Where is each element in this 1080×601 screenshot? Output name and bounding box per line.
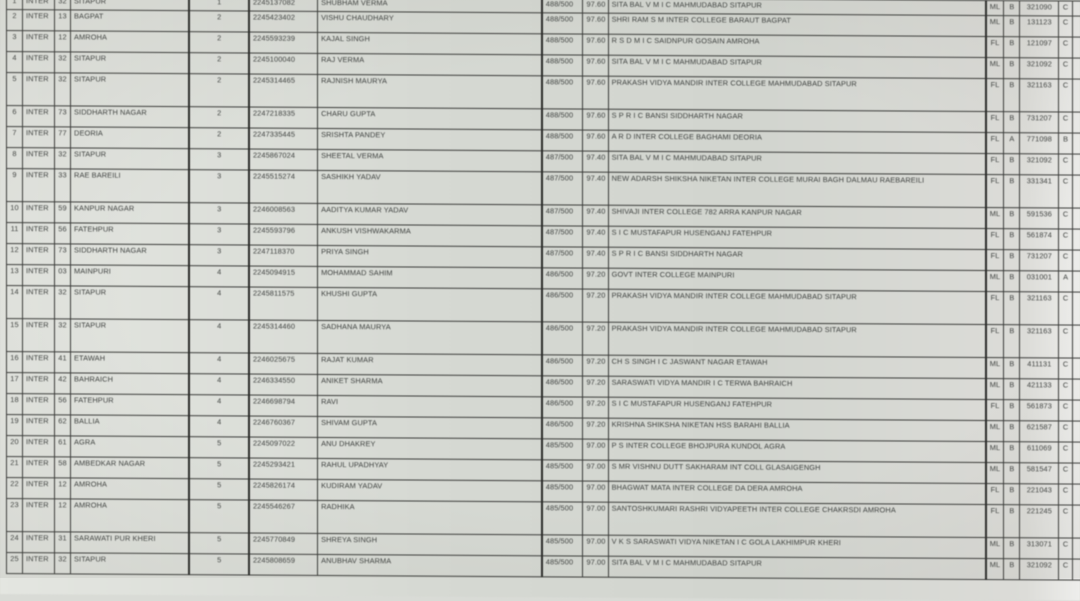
rank-cell: 4 bbox=[189, 287, 248, 320]
district-name: BALLIA bbox=[71, 415, 190, 437]
class-cell: INTER bbox=[23, 478, 55, 499]
grade-cell: C bbox=[1059, 292, 1073, 325]
school-code: 321163 bbox=[1020, 292, 1059, 325]
rank-cell: 4 bbox=[189, 353, 248, 374]
school-code: 621587 bbox=[1020, 421, 1059, 442]
class-cell: INTER bbox=[23, 148, 55, 169]
roll-number: 2246025675 bbox=[249, 353, 318, 374]
student-name: KAJAL SINGH bbox=[318, 32, 542, 54]
extra-cell bbox=[1072, 79, 1080, 112]
school-code: 321092 bbox=[1020, 559, 1059, 578]
grade-cell: C bbox=[1059, 58, 1073, 79]
school-name: S I C MUSTAFAPUR HUSENGANJ FATEHPUR bbox=[608, 226, 985, 249]
rank-cell: 3 bbox=[189, 203, 248, 224]
district-name: AGRA bbox=[71, 436, 190, 458]
roll-number: 2245314465 bbox=[249, 74, 318, 107]
student-name: ANU DHAKREY bbox=[318, 437, 542, 459]
district-name: SITAPUR bbox=[71, 286, 190, 320]
school-code: 313071 bbox=[1020, 538, 1059, 559]
grade-cell: C bbox=[1059, 112, 1073, 133]
district-code: 73 bbox=[55, 106, 71, 127]
extra-cell bbox=[1072, 58, 1080, 79]
student-name: SASHIKH YADAV bbox=[318, 170, 542, 204]
school-name: SITA BAL V M I C MAHMUDABAD SITAPUR bbox=[608, 55, 985, 78]
section-cell: B bbox=[1004, 325, 1020, 358]
marks-cell: 488/500 bbox=[542, 76, 583, 109]
extra-cell bbox=[1072, 175, 1080, 208]
roll-number: 2245314460 bbox=[249, 320, 318, 353]
extra-cell bbox=[1072, 16, 1080, 37]
serial-number: 20 bbox=[7, 436, 23, 457]
marks-cell: 485/500 bbox=[542, 535, 583, 556]
marks-cell: 485/500 bbox=[542, 460, 583, 481]
section-cell: B bbox=[1004, 559, 1020, 578]
rank-cell: 4 bbox=[189, 395, 248, 416]
district-code: 58 bbox=[55, 457, 71, 478]
roll-number: 2245094915 bbox=[249, 266, 318, 287]
extra-cell bbox=[1072, 400, 1080, 421]
student-name: MOHAMMAD SAHIM bbox=[318, 266, 542, 288]
percentage-cell: 97.60 bbox=[583, 0, 608, 13]
marks-cell: 487/500 bbox=[542, 151, 583, 172]
extra-cell bbox=[1072, 208, 1080, 229]
roll-number: 2246698794 bbox=[249, 395, 318, 416]
percentage-cell: 97.40 bbox=[583, 172, 608, 205]
class-cell: INTER bbox=[23, 457, 55, 478]
school-name: SITA BAL V M I C MAHMUDABAD SITAPUR bbox=[608, 151, 985, 174]
roll-number: 2245593796 bbox=[249, 224, 318, 245]
roll-number: 2246334550 bbox=[249, 374, 318, 395]
school-name: S I C MUSTAFAPUR HUSENGANJ FATEHPUR bbox=[608, 397, 985, 420]
marks-cell: 488/500 bbox=[542, 34, 583, 55]
gender-cell: ML bbox=[986, 463, 1004, 484]
percentage-cell: 97.40 bbox=[583, 247, 608, 268]
percentage-cell: 97.00 bbox=[583, 535, 608, 556]
school-name: SARASWATI VIDYA MANDIR I C TERWA BAHRAIC… bbox=[608, 376, 985, 399]
section-cell: B bbox=[1004, 484, 1020, 505]
grade-cell: C bbox=[1059, 208, 1073, 229]
class-cell: INTER bbox=[23, 169, 55, 202]
gender-cell: FL bbox=[986, 400, 1004, 421]
district-name: SITAPUR bbox=[71, 319, 190, 353]
section-cell: B bbox=[1004, 229, 1020, 250]
district-code: 12 bbox=[55, 478, 71, 499]
student-name: PRIYA SINGH bbox=[318, 245, 542, 267]
rank-cell: 2 bbox=[189, 11, 248, 32]
marks-cell: 488/500 bbox=[542, 13, 583, 34]
class-cell: INTER bbox=[23, 244, 55, 265]
student-name: SHREYA SINGH bbox=[318, 533, 542, 555]
class-cell: INTER bbox=[23, 202, 55, 223]
rank-cell: 4 bbox=[189, 266, 248, 287]
school-code: 731207 bbox=[1020, 112, 1059, 133]
rank-cell: 5 bbox=[189, 554, 248, 575]
district-name: SITAPUR bbox=[71, 73, 190, 107]
school-name: SHIVAJI INTER COLLEGE 782 ARRA KANPUR NA… bbox=[608, 205, 985, 228]
school-code: 321092 bbox=[1020, 154, 1059, 175]
district-name: AMBEDKAR NAGAR bbox=[71, 457, 190, 479]
school-name: KRISHNA SHIKSHA NIKETAN HSS BARAHI BALLI… bbox=[608, 418, 985, 441]
grade-cell: C bbox=[1059, 559, 1073, 578]
grade-cell: C bbox=[1059, 538, 1073, 559]
gender-cell: ML bbox=[986, 271, 1004, 292]
school-code: 131123 bbox=[1020, 16, 1059, 37]
gender-cell: ML bbox=[986, 16, 1004, 37]
district-code: 62 bbox=[55, 415, 71, 436]
marks-cell: 487/500 bbox=[542, 247, 583, 268]
gender-cell: ML bbox=[986, 442, 1004, 463]
school-code: 321092 bbox=[1020, 58, 1059, 79]
school-code: 591536 bbox=[1020, 208, 1059, 229]
class-cell: INTER bbox=[23, 319, 55, 352]
grade-cell: C bbox=[1059, 325, 1073, 358]
school-code: 321090 bbox=[1020, 1, 1059, 16]
school-name: V K S SARASWATI VIDYA NIKETAN I C GOLA L… bbox=[608, 535, 985, 558]
district-name: SITAPUR bbox=[71, 52, 190, 74]
grade-cell: C bbox=[1059, 229, 1073, 250]
school-code: 561873 bbox=[1020, 400, 1059, 421]
serial-number: 15 bbox=[7, 319, 23, 352]
district-code: 56 bbox=[55, 394, 71, 415]
roll-number: 2246008563 bbox=[249, 203, 318, 224]
class-cell: INTER bbox=[23, 0, 55, 10]
gender-cell: ML bbox=[986, 208, 1004, 229]
rank-cell: 5 bbox=[189, 533, 248, 554]
school-name: R S D M I C SAIDNPUR GOSAIN AMROHA bbox=[608, 34, 985, 57]
student-name: RAJNISH MAURYA bbox=[318, 74, 542, 108]
grade-cell: C bbox=[1059, 463, 1073, 484]
section-cell: B bbox=[1004, 16, 1020, 37]
percentage-cell: 97.20 bbox=[583, 397, 608, 418]
roll-number: 2245593239 bbox=[249, 32, 318, 53]
extra-cell bbox=[1072, 154, 1080, 175]
section-cell: B bbox=[1004, 379, 1020, 400]
roll-number: 2245137082 bbox=[249, 0, 318, 11]
percentage-cell: 97.00 bbox=[583, 556, 608, 577]
class-cell: INTER bbox=[23, 532, 55, 553]
district-name: BAGPAT bbox=[71, 10, 190, 32]
serial-number: 16 bbox=[7, 352, 23, 373]
percentage-cell: 97.20 bbox=[583, 322, 608, 355]
school-name: NEW ADARSH SHIKSHA NIKETAN INTER COLLEGE… bbox=[608, 172, 985, 207]
section-cell: B bbox=[1004, 58, 1020, 79]
district-code: 32 bbox=[55, 0, 71, 10]
percentage-cell: 97.20 bbox=[583, 355, 608, 376]
serial-number: 13 bbox=[7, 265, 23, 286]
section-cell: A bbox=[1004, 133, 1020, 154]
rank-cell: 2 bbox=[189, 32, 248, 53]
class-cell: INTER bbox=[23, 73, 55, 106]
school-code: 321163 bbox=[1020, 79, 1059, 112]
serial-number: 4 bbox=[7, 52, 23, 73]
marks-cell: 485/500 bbox=[542, 439, 583, 460]
grade-cell: C bbox=[1059, 484, 1073, 505]
extra-cell bbox=[1072, 229, 1080, 250]
district-code: 42 bbox=[55, 373, 71, 394]
district-code: 32 bbox=[55, 553, 71, 574]
serial-number: 5 bbox=[7, 73, 23, 106]
section-cell: B bbox=[1004, 112, 1020, 133]
gender-cell: ML bbox=[986, 58, 1004, 79]
grade-cell: C bbox=[1059, 400, 1073, 421]
rank-cell: 4 bbox=[189, 416, 248, 437]
roll-number: 2245867024 bbox=[249, 149, 318, 170]
school-code: 221043 bbox=[1020, 484, 1059, 505]
class-cell: INTER bbox=[23, 436, 55, 457]
school-code: 411131 bbox=[1020, 358, 1059, 379]
percentage-cell: 97.60 bbox=[583, 55, 608, 76]
gender-cell: ML bbox=[986, 358, 1004, 379]
class-cell: INTER bbox=[23, 223, 55, 244]
gender-cell: FL bbox=[986, 325, 1004, 358]
marks-cell: 488/500 bbox=[542, 130, 583, 151]
district-name: MAINPURI bbox=[71, 265, 190, 287]
percentage-cell: 97.40 bbox=[583, 226, 608, 247]
marks-cell: 485/500 bbox=[542, 502, 583, 535]
class-cell: INTER bbox=[23, 265, 55, 286]
district-code: 12 bbox=[55, 499, 71, 532]
gender-cell: FL bbox=[986, 133, 1004, 154]
district-code: 13 bbox=[55, 10, 71, 31]
district-code: 59 bbox=[55, 202, 71, 223]
school-name: S P R I C BANSI SIDDHARTH NAGAR bbox=[608, 247, 985, 270]
student-name: CHARU GUPTA bbox=[318, 107, 542, 129]
district-name: SIDDHARTH NAGAR bbox=[71, 244, 190, 266]
rank-cell: 4 bbox=[189, 374, 248, 395]
section-cell: B bbox=[1004, 37, 1020, 58]
student-name: ANUBHAV SHARMA bbox=[318, 554, 542, 576]
roll-number: 2245423402 bbox=[249, 11, 318, 32]
section-cell: B bbox=[1004, 463, 1020, 484]
gender-cell: FL bbox=[986, 37, 1004, 58]
class-cell: INTER bbox=[23, 394, 55, 415]
merit-list-table: 1 INTER 32 SITAPUR 1 2245137082 SHUBHAM … bbox=[6, 0, 1080, 578]
section-cell: B bbox=[1004, 505, 1020, 538]
gender-cell: FL bbox=[986, 154, 1004, 175]
extra-cell bbox=[1072, 559, 1080, 578]
roll-number: 2245808659 bbox=[249, 554, 318, 575]
school-code: 331341 bbox=[1020, 175, 1059, 208]
student-name: RAJAT KUMAR bbox=[318, 353, 542, 375]
section-cell: B bbox=[1004, 1, 1020, 16]
student-name: ANKUSH VISHWAKARMA bbox=[318, 224, 542, 246]
rank-cell: 3 bbox=[189, 149, 248, 170]
marks-cell: 487/500 bbox=[542, 226, 583, 247]
class-cell: INTER bbox=[23, 106, 55, 127]
serial-number: 2 bbox=[7, 10, 23, 31]
student-name: KUDIRAM YADAV bbox=[318, 479, 542, 501]
class-cell: INTER bbox=[23, 127, 55, 148]
extra-cell bbox=[1072, 442, 1080, 463]
rank-cell: 2 bbox=[189, 128, 248, 149]
rank-cell: 5 bbox=[189, 437, 248, 458]
extra-cell bbox=[1072, 250, 1080, 271]
gender-cell: FL bbox=[986, 292, 1004, 325]
section-cell: B bbox=[1004, 358, 1020, 379]
grade-cell: A bbox=[1059, 271, 1073, 292]
rank-cell: 3 bbox=[189, 170, 248, 203]
gender-cell: FL bbox=[986, 250, 1004, 271]
rank-cell: 4 bbox=[189, 320, 248, 353]
serial-number: 25 bbox=[7, 553, 23, 574]
section-cell: B bbox=[1004, 154, 1020, 175]
grade-cell: C bbox=[1059, 37, 1073, 58]
percentage-cell: 97.00 bbox=[583, 460, 608, 481]
class-cell: INTER bbox=[23, 31, 55, 52]
district-code: 32 bbox=[55, 52, 71, 73]
section-cell: B bbox=[1004, 79, 1020, 112]
district-code: 12 bbox=[55, 31, 71, 52]
grade-cell: B bbox=[1059, 133, 1073, 154]
school-name: CH S SINGH I C JASWANT NAGAR ETAWAH bbox=[608, 355, 985, 378]
marks-cell: 488/500 bbox=[542, 0, 583, 13]
district-code: 33 bbox=[55, 169, 71, 202]
gender-cell: FL bbox=[986, 79, 1004, 112]
serial-number: 10 bbox=[7, 202, 23, 223]
grade-cell: C bbox=[1059, 442, 1073, 463]
roll-number: 2245546267 bbox=[249, 500, 318, 533]
class-cell: INTER bbox=[23, 10, 55, 31]
rank-cell: 3 bbox=[189, 224, 248, 245]
grade-cell: C bbox=[1059, 175, 1073, 208]
student-name: ANIKET SHARMA bbox=[318, 374, 542, 396]
district-code: 41 bbox=[55, 352, 71, 373]
district-name: BAHRAICH bbox=[71, 373, 190, 395]
district-name: SITAPUR bbox=[71, 148, 190, 170]
rank-cell: 3 bbox=[189, 245, 248, 266]
gender-cell: FL bbox=[986, 112, 1004, 133]
section-cell: B bbox=[1004, 250, 1020, 271]
serial-number: 21 bbox=[7, 457, 23, 478]
gender-cell: ML bbox=[986, 1, 1004, 16]
grade-cell: C bbox=[1059, 1, 1073, 16]
district-code: 61 bbox=[55, 436, 71, 457]
marks-cell: 488/500 bbox=[542, 55, 583, 76]
section-cell: B bbox=[1004, 292, 1020, 325]
district-name: AMROHA bbox=[71, 499, 190, 533]
school-code: 121097 bbox=[1020, 37, 1059, 58]
roll-number: 2246760367 bbox=[249, 416, 318, 437]
percentage-cell: 97.60 bbox=[583, 13, 608, 34]
school-name: SANTOSHKUMARI RASHRI VIDYAPEETH INTER CO… bbox=[608, 502, 985, 537]
grade-cell: C bbox=[1059, 379, 1073, 400]
roll-number: 2245770849 bbox=[249, 533, 318, 554]
percentage-cell: 97.40 bbox=[583, 151, 608, 172]
district-name: AMROHA bbox=[71, 478, 190, 500]
serial-number: 1 bbox=[7, 0, 23, 10]
school-name: PRAKASH VIDYA MANDIR INTER COLLEGE MAHMU… bbox=[608, 322, 985, 357]
serial-number: 3 bbox=[7, 31, 23, 52]
class-cell: INTER bbox=[23, 415, 55, 436]
school-name: SHRI RAM S M INTER COLLEGE BARAUT BAGPAT bbox=[608, 13, 985, 36]
district-code: 32 bbox=[55, 73, 71, 106]
district-code: 32 bbox=[55, 286, 71, 319]
student-name: SHIVAM GUPTA bbox=[318, 416, 542, 438]
section-cell: B bbox=[1004, 538, 1020, 559]
marks-cell: 485/500 bbox=[542, 556, 583, 577]
district-name: SIDDHARTH NAGAR bbox=[71, 106, 190, 128]
student-name: SADHANA MAURYA bbox=[318, 320, 542, 354]
marks-cell: 487/500 bbox=[542, 205, 583, 226]
percentage-cell: 97.20 bbox=[583, 418, 608, 439]
extra-cell bbox=[1072, 292, 1080, 325]
district-code: 31 bbox=[55, 532, 71, 553]
rank-cell: 5 bbox=[189, 479, 248, 500]
gender-cell: FL bbox=[986, 229, 1004, 250]
class-cell: INTER bbox=[23, 499, 55, 532]
gender-cell: FL bbox=[986, 505, 1004, 538]
percentage-cell: 97.00 bbox=[583, 439, 608, 460]
serial-number: 19 bbox=[7, 415, 23, 436]
percentage-cell: 97.60 bbox=[583, 109, 608, 130]
roll-number: 2247218335 bbox=[249, 107, 318, 128]
school-name: A R D INTER COLLEGE BAGHAMI DEORIA bbox=[608, 130, 985, 153]
grade-cell: C bbox=[1059, 421, 1073, 442]
roll-number: 2245515274 bbox=[249, 170, 318, 203]
marks-cell: 486/500 bbox=[542, 322, 583, 355]
rank-cell: 2 bbox=[189, 107, 248, 128]
extra-cell bbox=[1072, 463, 1080, 484]
serial-number: 17 bbox=[7, 373, 23, 394]
gender-cell: ML bbox=[986, 538, 1004, 559]
student-name: KHUSHI GUPTA bbox=[318, 287, 542, 321]
district-code: 03 bbox=[55, 265, 71, 286]
section-cell: B bbox=[1004, 271, 1020, 292]
percentage-cell: 97.60 bbox=[583, 34, 608, 55]
section-cell: B bbox=[1004, 442, 1020, 463]
district-name: ETAWAH bbox=[71, 352, 190, 374]
school-code: 031001 bbox=[1020, 271, 1059, 292]
percentage-cell: 97.00 bbox=[583, 481, 608, 502]
rank-cell: 2 bbox=[189, 53, 248, 74]
marks-cell: 487/500 bbox=[542, 172, 583, 205]
district-name: RAE BAREILI bbox=[71, 169, 190, 203]
serial-number: 9 bbox=[7, 169, 23, 202]
grade-cell: C bbox=[1059, 358, 1073, 379]
district-code: 56 bbox=[55, 223, 71, 244]
marks-cell: 485/500 bbox=[542, 481, 583, 502]
grade-cell: C bbox=[1059, 505, 1073, 538]
serial-number: 24 bbox=[7, 532, 23, 553]
roll-number: 2245293421 bbox=[249, 458, 318, 479]
extra-cell bbox=[1072, 538, 1080, 559]
roll-number: 2247118370 bbox=[249, 245, 318, 266]
district-name: SARAWATI PUR KHERI bbox=[71, 532, 190, 554]
district-code: 73 bbox=[55, 244, 71, 265]
student-name: SHEETAL VERMA bbox=[318, 149, 542, 171]
serial-number: 14 bbox=[7, 286, 23, 319]
school-code: 321163 bbox=[1020, 325, 1059, 358]
gender-cell: ML bbox=[986, 379, 1004, 400]
serial-number: 18 bbox=[7, 394, 23, 415]
extra-cell bbox=[1072, 484, 1080, 505]
class-cell: INTER bbox=[23, 553, 55, 574]
student-name: RAHUL UPADHYAY bbox=[318, 458, 542, 480]
gender-cell: FL bbox=[986, 175, 1004, 208]
marks-cell: 486/500 bbox=[542, 289, 583, 322]
grade-cell: C bbox=[1059, 250, 1073, 271]
percentage-cell: 97.40 bbox=[583, 205, 608, 226]
school-code: 611069 bbox=[1020, 442, 1059, 463]
district-code: 32 bbox=[55, 319, 71, 352]
extra-cell bbox=[1072, 271, 1080, 292]
extra-cell bbox=[1072, 505, 1080, 538]
extra-cell bbox=[1072, 358, 1080, 379]
school-name: S P R I C BANSI SIDDHARTH NAGAR bbox=[608, 109, 985, 132]
student-name: AADITYA KUMAR YADAV bbox=[318, 203, 542, 225]
student-name: VISHU CHAUDHARY bbox=[318, 11, 542, 33]
district-name: SITAPUR bbox=[71, 553, 190, 575]
